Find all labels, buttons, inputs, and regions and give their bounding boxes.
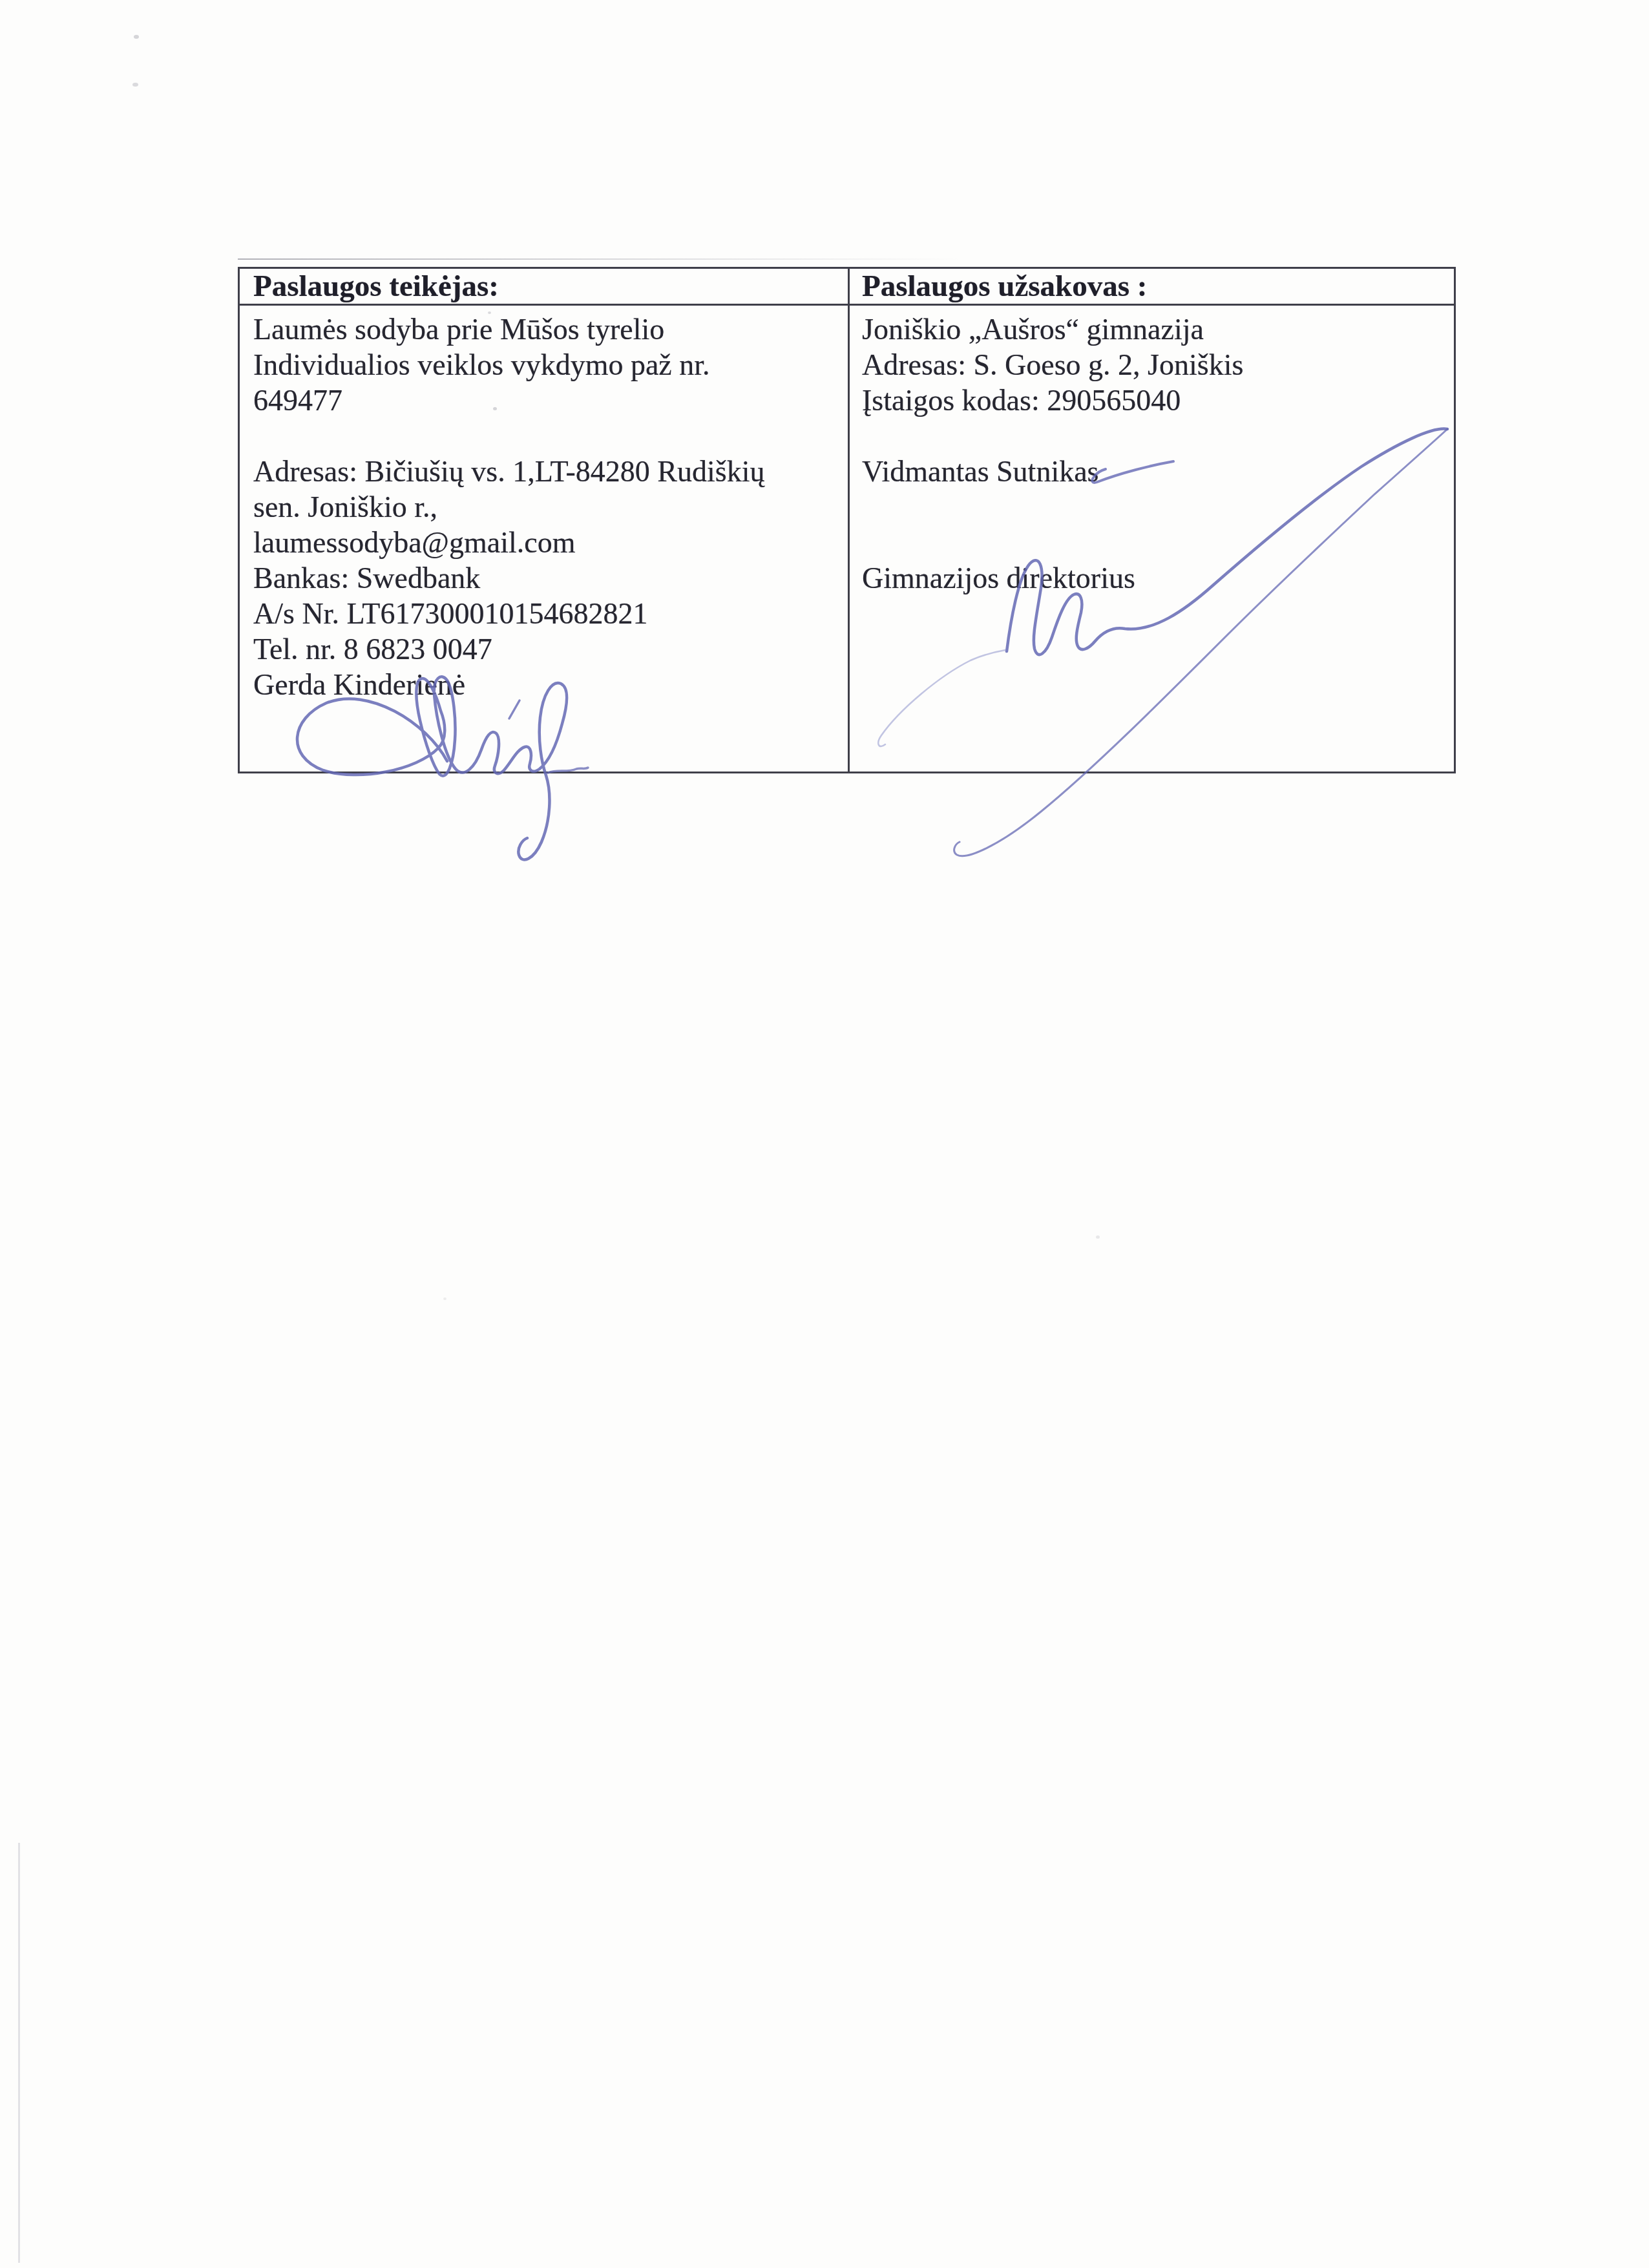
signature-stroke xyxy=(1007,429,1447,655)
header-separator-line xyxy=(238,304,1456,306)
signature-stroke xyxy=(878,650,1005,746)
scan-ghost-line xyxy=(238,258,961,260)
vidmantas-sutnikas-signature xyxy=(859,407,1460,898)
provider-line: 649477 xyxy=(253,383,838,418)
provider-line: Laumės sodyba prie Mūšos tyrelio xyxy=(253,311,838,347)
gerda-kinderiene-signature xyxy=(271,659,633,879)
customer-line: Adresas: S. Goeso g. 2, Joniškis xyxy=(862,347,1440,383)
provider-line: laumessodyba@gmail.com xyxy=(253,525,838,560)
provider-line: A/s Nr. LT617300010154682821 xyxy=(253,596,838,631)
scan-speck xyxy=(134,35,139,39)
provider-details: Laumės sodyba prie Mūšos tyrelio Individ… xyxy=(253,311,838,702)
provider-line: Individualios veiklos vykdymo paž nr. xyxy=(253,347,838,383)
scan-speck xyxy=(488,311,491,314)
scan-speck xyxy=(493,407,497,410)
provider-header: Paslaugos teikėjas: xyxy=(253,269,499,304)
customer-header: Paslaugos užsakovas : xyxy=(862,269,1147,304)
scan-speck xyxy=(132,83,138,87)
provider-line xyxy=(253,418,838,454)
signature-stroke xyxy=(954,429,1447,856)
provider-line: Adresas: Bičiušių vs. 1,LT-84280 Rudiški… xyxy=(253,454,838,489)
provider-line: Bankas: Swedbank xyxy=(253,560,838,596)
scan-edge-artifact xyxy=(18,1843,20,2263)
customer-line: Joniškio „Aušros“ gimnazija xyxy=(862,311,1440,347)
column-divider-line xyxy=(848,269,850,772)
scan-speck xyxy=(1096,1235,1100,1239)
signature-stroke xyxy=(509,700,520,719)
scanned-document-page: Paslaugos teikėjas: Paslaugos užsakovas … xyxy=(0,0,1649,2268)
signature-stroke xyxy=(1092,461,1173,483)
signature-stroke xyxy=(297,677,567,859)
provider-line: sen. Joniškio r., xyxy=(253,489,838,525)
signature-stroke xyxy=(548,768,588,773)
scan-speck xyxy=(443,1297,446,1300)
